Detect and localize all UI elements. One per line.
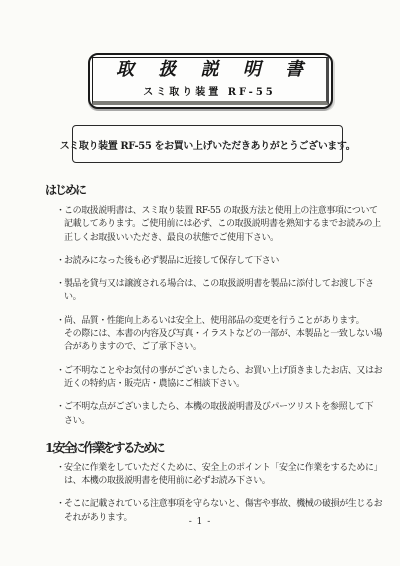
bullet-line: い。 <box>64 291 374 304</box>
intro-bullet-3: ・ 製品を貸与又は譲渡される場合は、この取扱説明書を製品に添付してお渡し下さ い… <box>56 278 377 305</box>
safety-section-heading: 1.安全に作業をするために <box>45 438 377 456</box>
bullet-line: 近くの特約店・販売店・農協にご相談下さい。 <box>64 378 382 391</box>
bullet-marker: ・ <box>56 365 64 378</box>
bullet-line: そこに記載されている注意事項を守らないと、傷害や事故、機械の破損が生じるお <box>64 498 382 511</box>
bullet-marker: ・ <box>56 498 64 511</box>
thank-you-text: スミ取り装置 RF-55 をお買い上げいただきありがとうございます。 <box>60 137 356 152</box>
bullet-line: お読みになった後も必ず製品に近接して保存して下さい <box>64 255 279 268</box>
bullet-text: 尚、品質・性能向上あるいは安全上、使用部品の変更を行うことがあります。 その際に… <box>64 315 382 355</box>
bullet-line: さい。 <box>64 415 373 428</box>
bullet-line: ご不明な点がございましたら、本機の取扱説明書及びパーツリストを参照して下 <box>64 401 373 414</box>
bullet-marker: ・ <box>56 401 64 414</box>
manual-title: 取 扱 説 明 書 <box>116 61 312 79</box>
manual-page: 取 扱 説 明 書 スミ取り装置 RF-55 スミ取り装置 RF-55 をお買い… <box>0 0 400 566</box>
page-number: - 1 - <box>0 517 400 527</box>
bullet-marker: ・ <box>56 462 64 475</box>
bullet-text: この取扱説明書は、スミ取り装置 RF-55 の取扱方法と使用上の注意事項について… <box>64 205 381 245</box>
bullet-line: 尚、品質・性能向上あるいは安全上、使用部品の変更を行うことがあります。 <box>64 315 382 328</box>
bullet-marker: ・ <box>56 315 64 328</box>
bullet-marker: ・ <box>56 278 64 291</box>
bullet-text: お読みになった後も必ず製品に近接して保存して下さい <box>64 255 279 268</box>
bullet-line: 記載してあります。ご使用前には必ず、この取扱説明書を熟知するまでお読みの上 <box>64 218 381 231</box>
intro-bullet-list: ・ この取扱説明書は、スミ取り装置 RF-55 の取扱方法と使用上の注意事項につ… <box>56 205 377 428</box>
bullet-line: 安全に作業をしていただくために、安全上のポイント「安全に作業をするために」 <box>64 462 382 475</box>
page-content: はじめに ・ この取扱説明書は、スミ取り装置 RF-55 の取扱方法と使用上の注… <box>45 181 377 535</box>
safety-bullet-1: ・ 安全に作業をしていただくために、安全上のポイント「安全に作業をするために」 … <box>56 462 377 489</box>
bullet-line: この取扱説明書は、スミ取り装置 RF-55 の取扱方法と使用上の注意事項について <box>64 205 381 218</box>
bullet-line: 合がありますので、ご了承下さい。 <box>64 341 382 354</box>
intro-section-heading: はじめに <box>45 181 377 198</box>
bullet-marker: ・ <box>56 255 64 268</box>
bullet-line: は、本機の取扱説明書を使用前に必ずお読み下さい。 <box>64 475 382 488</box>
bullet-line: ご不明なことやお気付の事がございましたら、お買い上げ頂きましたお店、又はお <box>64 365 382 378</box>
bullet-text: ご不明なことやお気付の事がございましたら、お買い上げ頂きましたお店、又はお 近く… <box>64 365 382 392</box>
intro-bullet-1: ・ この取扱説明書は、スミ取り装置 RF-55 の取扱方法と使用上の注意事項につ… <box>56 205 377 245</box>
bullet-line: 正しくお取扱いいただき、最良の状態でご使用下さい。 <box>64 232 381 245</box>
intro-bullet-4: ・ 尚、品質・性能向上あるいは安全上、使用部品の変更を行うことがあります。 その… <box>56 315 377 355</box>
bullet-text: ご不明な点がございましたら、本機の取扱説明書及びパーツリストを参照して下 さい。 <box>64 401 373 428</box>
bullet-text: 安全に作業をしていただくために、安全上のポイント「安全に作業をするために」 は、… <box>64 462 382 489</box>
safety-bullet-list: ・ 安全に作業をしていただくために、安全上のポイント「安全に作業をするために」 … <box>56 462 377 525</box>
thank-you-box: スミ取り装置 RF-55 をお買い上げいただきありがとうございます。 <box>72 125 343 163</box>
intro-bullet-2: ・ お読みになった後も必ず製品に近接して保存して下さい <box>56 255 377 268</box>
device-name: スミ取り装置 RF-55 <box>143 83 276 98</box>
bullet-marker: ・ <box>56 205 64 218</box>
intro-bullet-5: ・ ご不明なことやお気付の事がございましたら、お買い上げ頂きましたお店、又はお … <box>56 365 377 392</box>
bullet-line: 製品を貸与又は譲渡される場合は、この取扱説明書を製品に添付してお渡し下さ <box>64 278 374 291</box>
bullet-text: 製品を貸与又は譲渡される場合は、この取扱説明書を製品に添付してお渡し下さ い。 <box>64 278 374 305</box>
intro-bullet-6: ・ ご不明な点がございましたら、本機の取扱説明書及びパーツリストを参照して下 さ… <box>56 401 377 428</box>
title-box: 取 扱 説 明 書 スミ取り装置 RF-55 <box>88 53 333 109</box>
title-box-inner: 取 扱 説 明 書 スミ取り装置 RF-55 <box>92 57 329 105</box>
bullet-line: その際には、本書の内容及び写真・イラストなどの一部が、本製品と一致しない場 <box>64 328 382 341</box>
